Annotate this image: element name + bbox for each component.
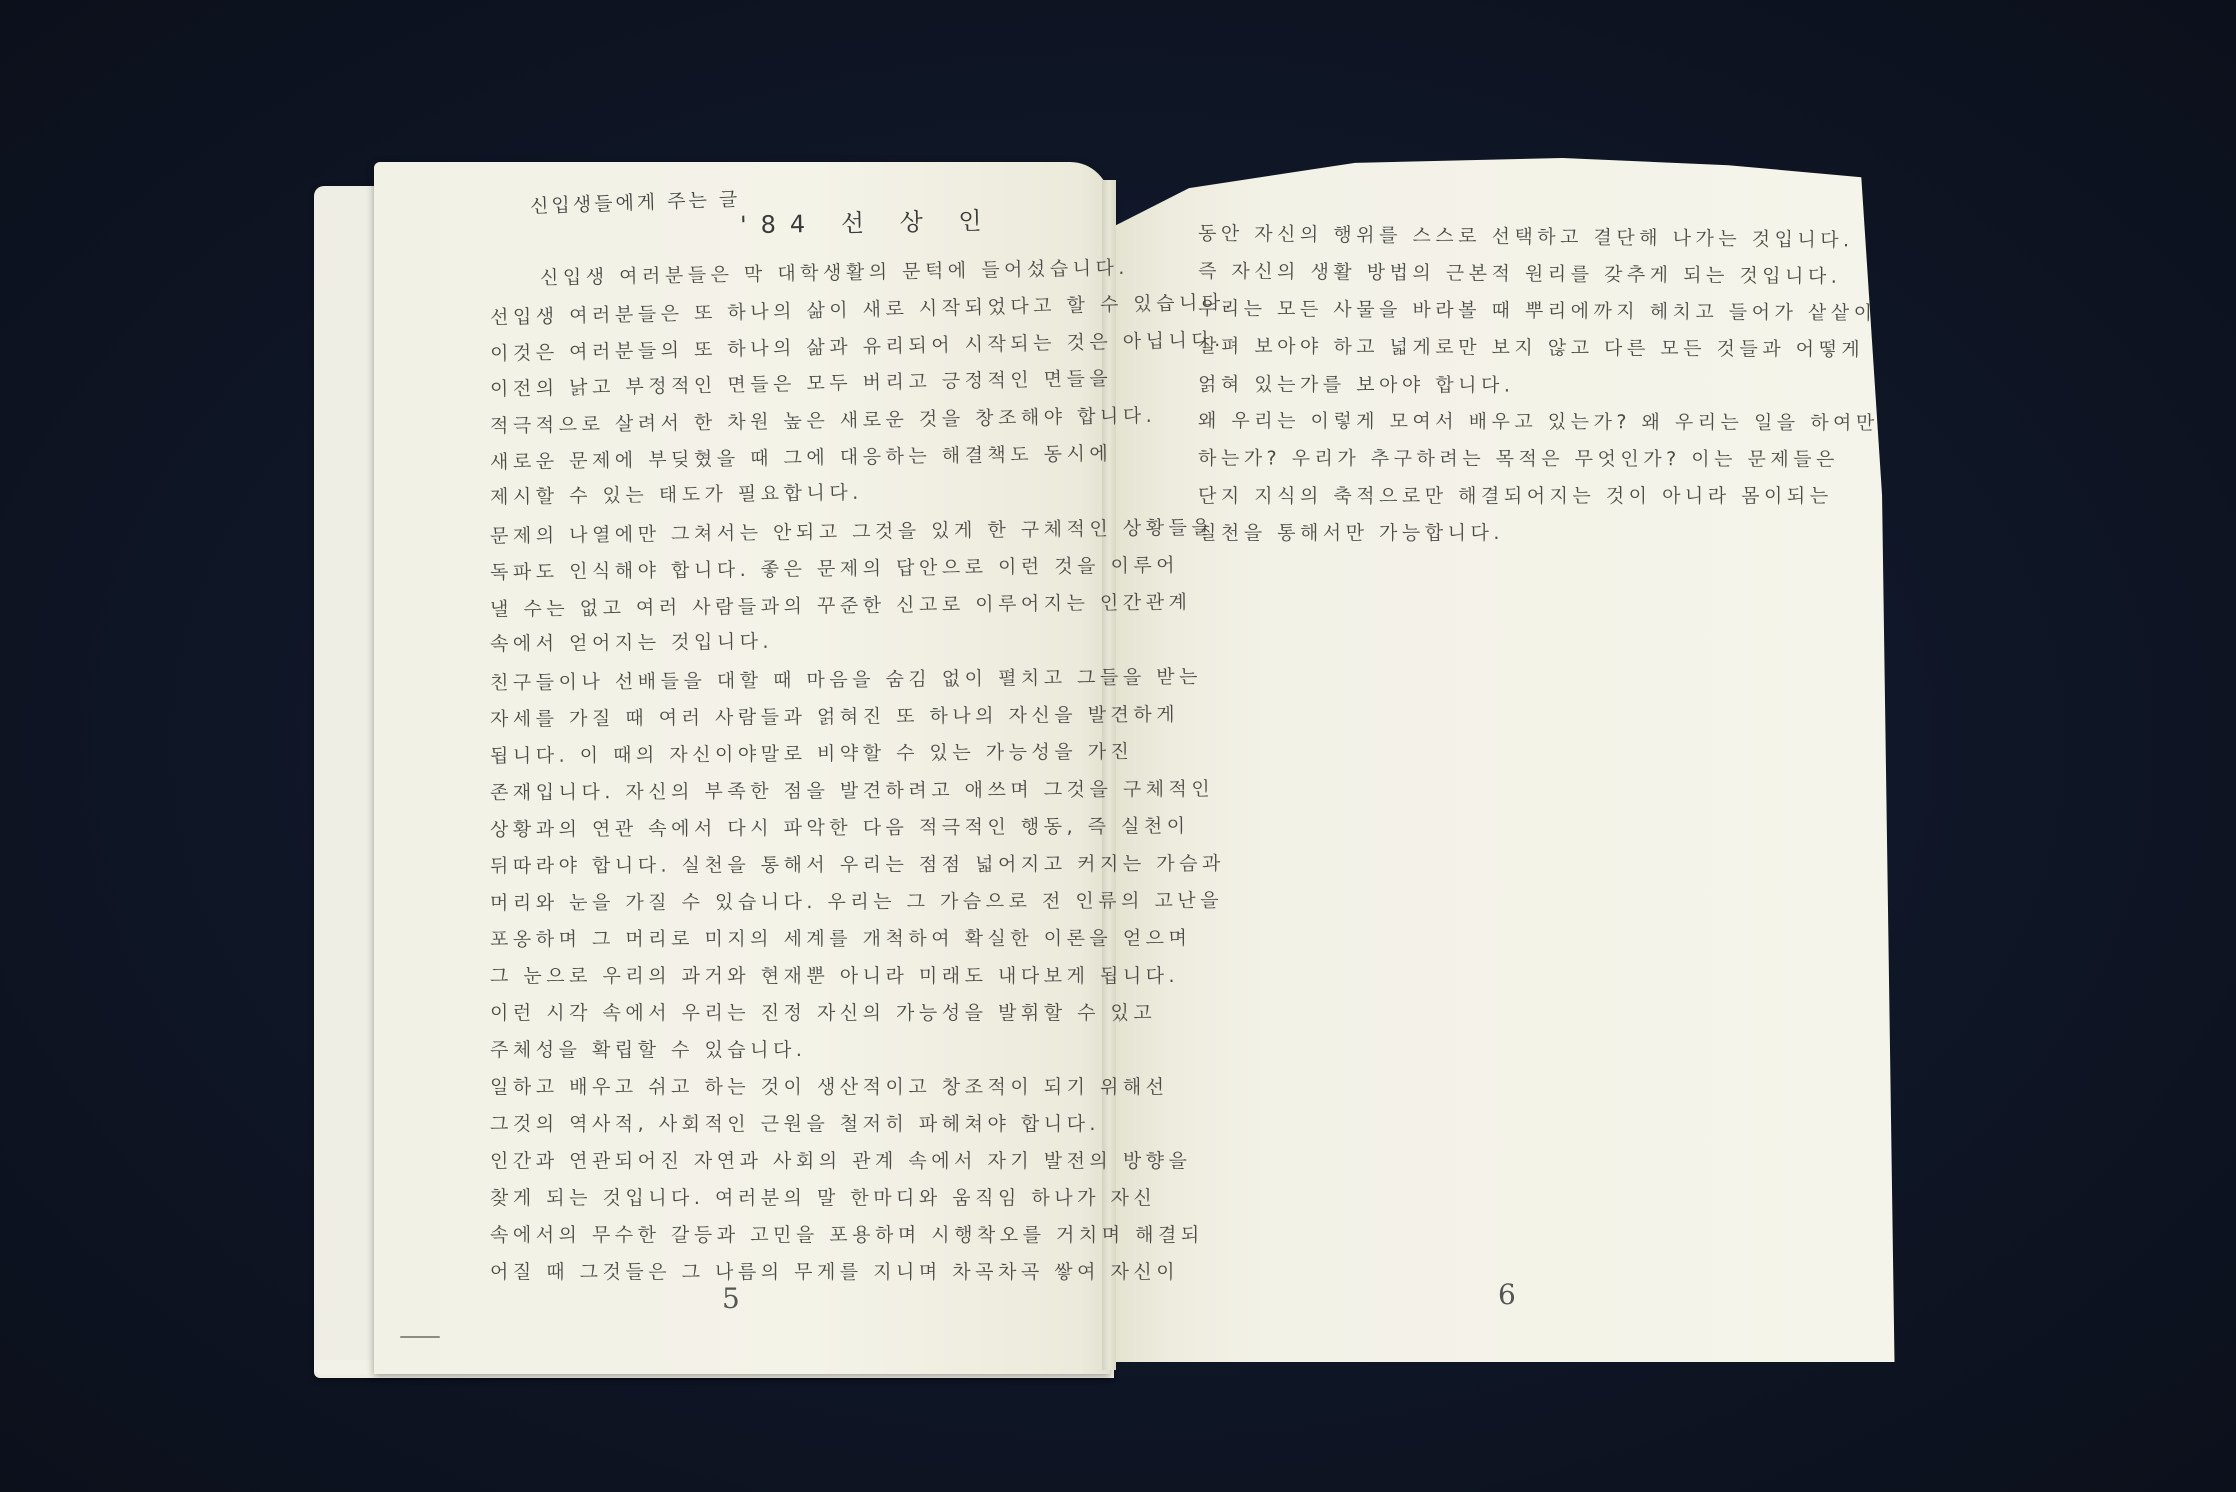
text-line: 그것의 역사적, 사회적인 근원을 철저히 파헤쳐야 합니다.	[490, 1109, 1100, 1136]
page-number-right: 6	[1498, 1278, 1516, 1311]
text-line: 우리는 모든 사물을 바라볼 때 뿌리에까지 헤치고 들어가 샅샅이	[1198, 294, 1877, 326]
text-line: 얽혀 있는가를 보아야 합니다.	[1198, 369, 1515, 397]
text-line: 살펴 보아야 하고 넓게로만 보지 않고 다른 모든 것들과 어떻게	[1198, 331, 1864, 361]
paper-mark	[400, 1336, 440, 1338]
text-line: 어질 때 그것들은 그 나름의 무게를 지니며 차곡차곡 쌓여 자신이	[490, 1257, 1179, 1284]
text-line: 왜 우리는 이렇게 모여서 배우고 있는가? 왜 우리는 일을 하여만	[1198, 406, 1879, 435]
text-line: 제시할 수 있는 태도가 필요합니다.	[490, 478, 863, 510]
text-line: 찾게 되는 것입니다. 여러분의 말 한마디와 움직임 하나가 자신	[490, 1183, 1156, 1210]
text-line: 즉 자신의 생활 방법의 근본적 원리를 갖추게 되는 것입니다.	[1198, 256, 1842, 289]
text-line: 됩니다. 이 때의 자신이야말로 비약할 수 있는 가능성을 가진	[490, 737, 1134, 768]
text-line: 속에서의 무수한 갈등과 고민을 포용하며 시행착오를 거치며 해결되	[490, 1220, 1204, 1247]
text-line: 실천을 통해서만 가능합니다.	[1198, 518, 1504, 545]
text-line: 속에서 얻어지는 것입니다.	[490, 627, 773, 656]
text-line: 포옹하며 그 머리로 미지의 세계를 개척하여 확실한 이론을 얻으며	[490, 923, 1191, 951]
open-booklet: 신입생들에게 주는 글 '84 선 상 인 신입생 여러분들은 막 대학생활의 …	[0, 0, 2236, 1492]
text-line: 하는가? 우리가 추구하려는 목적은 무엇인가? 이는 문제들은	[1198, 443, 1839, 471]
text-line: 머리와 눈을 가질 수 있습니다. 우리는 그 가슴으로 전 인류의 고난을	[490, 886, 1223, 916]
text-line: 자세를 가질 때 여러 사람들과 얽혀진 또 하나의 자신을 발견하게	[490, 700, 1179, 732]
text-line: 이런 시각 속에서 우리는 진정 자신의 가능성을 발휘할 수 있고	[490, 998, 1156, 1025]
text-line: 상황과의 연관 속에서 다시 파악한 다음 적극적인 행동, 즉 실천이	[490, 811, 1190, 842]
text-line: 인간과 연관되어진 자연과 사회의 관계 속에서 자기 발전의 방향을	[490, 1146, 1191, 1173]
text-line: 단지 지식의 축적으로만 해결되어지는 것이 아니라 몸이되는	[1198, 481, 1833, 508]
page-number-left: 5	[722, 1282, 740, 1315]
text-line: 주체성을 확립할 수 있습니다.	[490, 1035, 806, 1062]
text-line: 일하고 배우고 쉬고 하는 것이 생산적이고 창조적이 되기 위해선	[490, 1072, 1169, 1099]
text-line: 존재입니다. 자신의 부족한 점을 발견하려고 애쓰며 그것을 구체적인	[490, 774, 1214, 805]
author-line: '84 선 상 인	[740, 201, 996, 240]
text-line: 그 눈으로 우리의 과거와 현재뿐 아니라 미래도 내다보게 됩니다.	[490, 961, 1179, 988]
text-line: 뒤따라야 합니다. 실천을 통해서 우리는 점점 넓어지고 커지는 가슴과	[490, 849, 1225, 879]
